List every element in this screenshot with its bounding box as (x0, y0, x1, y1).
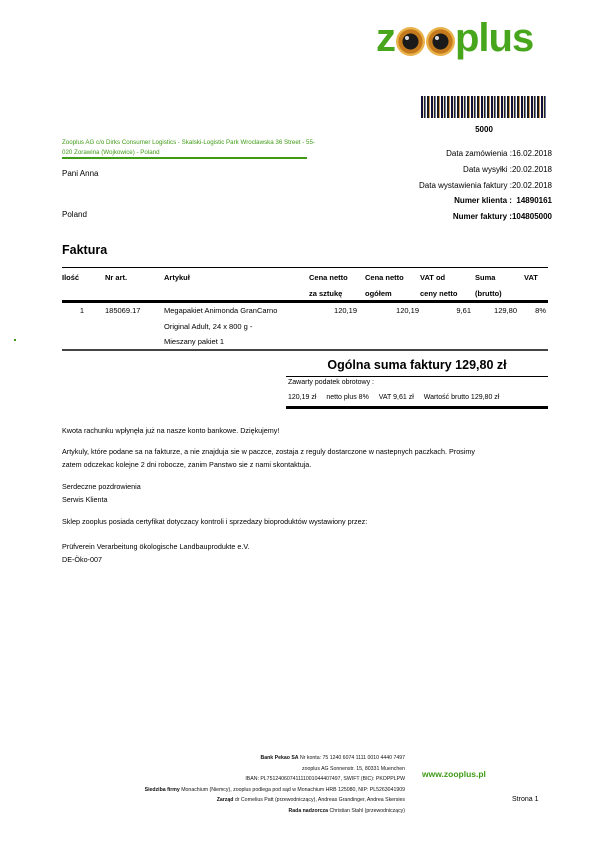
header-gross-2: (brutto) (475, 289, 502, 298)
row-art-no: 185069.17 (105, 303, 140, 319)
greeting: Serdeczne pozdrowienia (62, 481, 552, 494)
row-item-line-2: Original Adult, 24 x 800 g - (164, 322, 252, 331)
logo-text-z: z (376, 18, 395, 58)
cert-org: Prüfverein Verarbeitung ökologische Land… (62, 541, 552, 554)
row-unit-net: 120,19 (309, 303, 357, 319)
tax-net: 120,19 zł (288, 394, 316, 401)
supervisory-text: Christian Stahl (przewodniczący) (328, 808, 405, 814)
header-qty: Ilość (62, 270, 79, 286)
split-note-line-1: Artykuly, które podane sa na fakturze, a… (62, 446, 552, 459)
seat-text: Monachium (Niemcy), zooplus podlega pod … (180, 787, 405, 793)
cert-code: DE-Öko-007 (62, 554, 552, 567)
invoice-meta: Data zamówienia :16.02.2018 Data wysyłki… (360, 146, 552, 225)
bank-label: Bank Pekao SA (261, 755, 299, 761)
paid-note: Kwota rachunku wpłynęła już na nasze kon… (62, 425, 552, 438)
tax-rate: netto plus 8% (326, 394, 368, 401)
header-gross: Suma(brutto) (475, 270, 502, 301)
board-label: Zarząd (217, 797, 234, 803)
board-text: dr Cornelius Patt (przewodniczący), Andr… (233, 797, 405, 803)
company-footer: Bank Pekao SA Nr konta: 75 1240 6074 111… (100, 753, 405, 816)
ship-date-label: Data wysyłki : (463, 165, 512, 174)
ship-date-value: 20.02.2018 (512, 165, 552, 174)
customer-no-label: Numer klienta : (454, 196, 512, 205)
supervisory-line: Rada nadzorcza Christian Stahl (przewodn… (100, 806, 405, 817)
website-link[interactable]: www.zooplus.pl (422, 769, 486, 779)
order-date-value: 16.02.2018 (512, 149, 552, 158)
row-qty: 1 (62, 303, 84, 319)
zooplus-logo: z plus (376, 18, 533, 58)
row-item-line-1: Megapakiet Animonda GranCarno (164, 306, 277, 315)
header-gross-1: Suma (475, 273, 495, 282)
customer-no-row: Numer klienta : 14890161 (360, 193, 552, 209)
sender-divider (62, 157, 307, 159)
recipient-name: Pani Anna (62, 169, 98, 178)
supervisory-label: Rada nadzorcza (289, 808, 329, 814)
header-art-no: Nr art. (105, 270, 127, 286)
order-date-label: Data zamówienia : (446, 149, 512, 158)
header-vat-rate: VAT (524, 270, 538, 286)
header-unit-net: Cena nettoza sztukę (309, 270, 348, 301)
header-total-net-1: Cena netto (365, 273, 404, 282)
invoice-total: Ogólna suma faktury 129,80 zł (286, 358, 548, 372)
row-vat-amount: 9,61 (420, 303, 471, 319)
split-note-line-2: zatem odczekac kolejne 2 dni robocze, za… (62, 459, 552, 472)
invoice-no-row: Numer faktury :104805000 (360, 209, 552, 225)
board-line: Zarząd dr Cornelius Patt (przewodniczący… (100, 795, 405, 806)
header-item: Artykuł (164, 270, 190, 286)
table-top-rule (62, 267, 548, 268)
row-item-line-3: Mieszany pakiet 1 (164, 337, 224, 346)
split-delivery-note: Artykuly, które podane sa na fakturze, a… (62, 446, 552, 471)
invoice-date-row: Data wystawienia faktury :20.02.2018 (360, 178, 552, 194)
logo-text-plus: plus (455, 18, 533, 58)
row-vat-rate: 8% (524, 303, 546, 319)
cert-note: Sklep zooplus posiada certyfikat dotycza… (62, 516, 552, 529)
customer-no-value: 14890161 (516, 196, 552, 205)
ship-date-row: Data wysyłki :20.02.2018 (360, 162, 552, 178)
row-gross: 129,80 (475, 303, 517, 319)
bank-text: Nr konta: 75 1240 6074 1111 0010 4440 74… (299, 755, 405, 761)
barcode (421, 96, 547, 118)
barcode-number: 5000 (421, 125, 547, 134)
table-bottom-rule (62, 349, 548, 351)
sender-address: Zooplus AG c/o Dirks Consumer Logistics … (62, 138, 317, 158)
invoice-date-value: 20.02.2018 (512, 181, 552, 190)
header-vat-amount: VAT odceny netto (420, 270, 458, 301)
row-item: Megapakiet Animonda GranCarnoOriginal Ad… (164, 303, 277, 350)
invoice-date-label: Data wystawienia faktury : (419, 181, 512, 190)
document-title: Faktura (62, 243, 107, 257)
tax-gross: Wartość brutto 129,80 zł (424, 394, 500, 401)
invoice-no-value: 104805000 (512, 212, 552, 221)
order-date-row: Data zamówienia :16.02.2018 (360, 146, 552, 162)
tax-label: Zawarty podatek obrotowy : (288, 379, 374, 386)
eye-icon (426, 27, 455, 56)
seat-label: Siedziba firmy (145, 787, 180, 793)
invoice-no-label: Numer faktury : (453, 212, 512, 221)
header-unit-net-1: Cena netto (309, 273, 348, 282)
eye-icon (396, 27, 425, 56)
signature: Serwis Klienta (62, 494, 552, 507)
header-total-net-2: ogółem (365, 289, 392, 298)
total-bottom-rule (286, 406, 548, 409)
tax-vat: VAT 9,61 zł (379, 394, 414, 401)
bank-line: Bank Pekao SA Nr konta: 75 1240 6074 111… (100, 753, 405, 764)
total-rule (286, 376, 548, 377)
cert-org-block: Prüfverein Verarbeitung ökologische Land… (62, 541, 552, 566)
row-total-net: 120,19 (365, 303, 419, 319)
page-number: Strona 1 (512, 796, 538, 803)
recipient-country: Poland (62, 210, 87, 219)
closing: Serdeczne pozdrowienia Serwis Klienta (62, 481, 552, 506)
address-line: zooplus AG Sonnenstr. 15, 80331 Muenchen (100, 764, 405, 775)
header-unit-net-2: za sztukę (309, 289, 342, 298)
table-header-rule (62, 300, 548, 303)
tax-breakdown: 120,19 zł netto plus 8% VAT 9,61 zł Wart… (288, 394, 507, 401)
seat-line: Siedziba firmy Monachium (Niemcy), zoopl… (100, 785, 405, 796)
iban-line: IBAN: PL75124060741111001044407497, SWIF… (100, 774, 405, 785)
header-vat-amount-2: ceny netto (420, 289, 458, 298)
header-vat-amount-1: VAT od (420, 273, 445, 282)
header-total-net: Cena nettoogółem (365, 270, 404, 301)
margin-mark (14, 339, 16, 341)
